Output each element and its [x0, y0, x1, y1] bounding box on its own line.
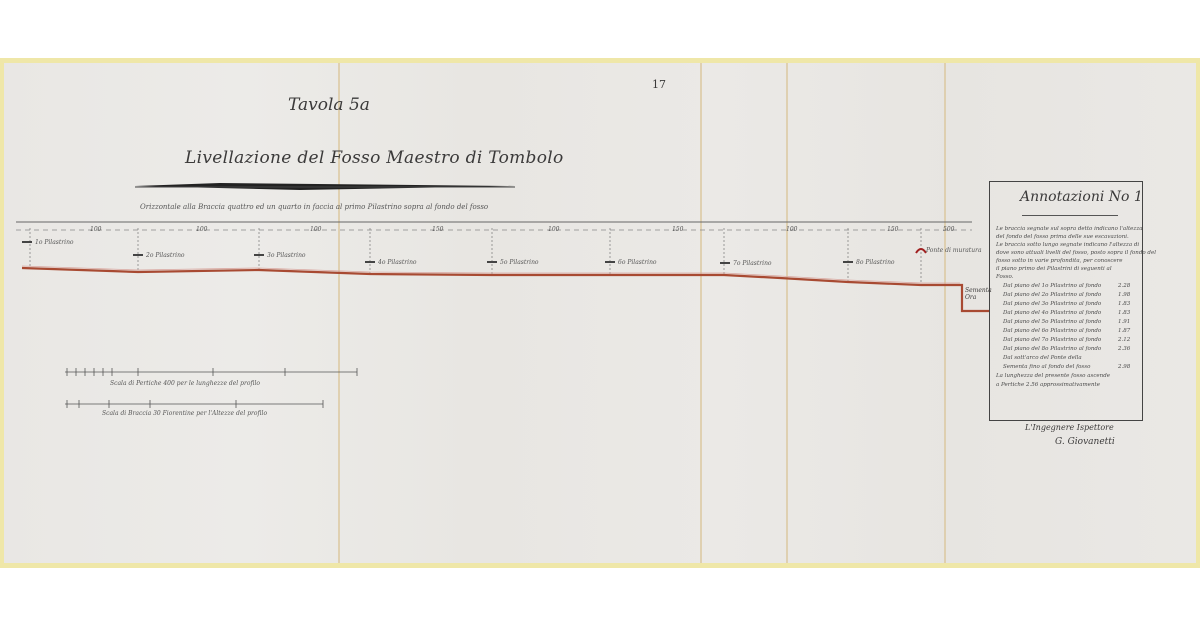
station-label: 2o Pilastrino — [146, 252, 185, 259]
annotation-row-label: Dal piano del 1o Pilastrino al fondo — [1003, 283, 1101, 289]
station-label: 1o Pilastrino — [35, 239, 74, 246]
annotation-row-label: Dal piano del 8o Pilastrino al fondo — [1003, 346, 1101, 352]
annotation-row-label: Sementa fino al fondo del fosso — [1003, 364, 1090, 370]
station-label: 3o Pilastrino — [267, 252, 306, 259]
annotation-text: Le braccia sotto lungo segnate indicano … — [996, 242, 1139, 248]
annotation-row-value: 1.87 — [1118, 328, 1130, 334]
annotation-row-value: 2.98 — [1118, 364, 1130, 370]
station-label: 7o Pilastrino — [733, 260, 772, 267]
annotation-title: Annotazioni No 1 — [1020, 189, 1143, 205]
station-label: 6o Pilastrino — [618, 259, 657, 266]
station-label: 5o Pilastrino — [500, 259, 539, 266]
profile-caption: Orizzontale alla Braccia quattro ed un q… — [140, 203, 488, 211]
distance-mark: 500 — [943, 226, 954, 233]
annotation-row-label: Dal piano del 7o Pilastrino al fondo — [1003, 337, 1101, 343]
annotation-title-rule — [1022, 215, 1118, 216]
annotation-row-value: 1.98 — [1118, 292, 1130, 298]
annotation-footer: a Pertiche 2.56 approssimativamente — [996, 382, 1100, 388]
signature-title: L'Ingegnere Ispettore — [1025, 423, 1114, 432]
annotation-text: dove sono attuali livelli del fosso, pos… — [996, 250, 1156, 256]
annotation-row-label: Dal piano del 4o Pilastrino al fondo — [1003, 310, 1101, 316]
annotation-text: fosso sotto in varie profondita, per con… — [996, 258, 1123, 264]
annotation-footer: La lunghezza del presente fosso ascende — [996, 373, 1110, 379]
annotation-row-label: Dal sott'arco del Ponte della — [1003, 355, 1082, 361]
station-label: Ponte di muratura — [926, 247, 982, 254]
annotation-text: il piano primo dei Pilastrini di seguent… — [996, 266, 1112, 272]
station-label: 8o Pilastrino — [856, 259, 895, 266]
distance-mark: 150 — [432, 226, 443, 233]
annotation-row-value: 1.91 — [1118, 319, 1130, 325]
annotation-text: Fosso. — [996, 274, 1013, 280]
scale-caption-height: Scala di Braccia 30 Fiorentine per l'Alt… — [102, 410, 267, 417]
annotation-row-label: Dal piano del 6o Pilastrino al fondo — [1003, 328, 1101, 334]
distance-mark: 100 — [786, 226, 797, 233]
annotation-text: del fondo del fosso prima delle sue esca… — [996, 234, 1129, 240]
annotation-row-label: Dal piano del 5o Pilastrino al fondo — [1003, 319, 1101, 325]
annotation-row-label: Dal piano del 3o Pilastrino al fondo — [1003, 301, 1101, 307]
annotation-row-label: Dal piano del 2o Pilastrino al fondo — [1003, 292, 1101, 298]
distance-mark: 100 — [90, 226, 101, 233]
annotation-text: Le braccia segnate sul sopra detto indic… — [996, 226, 1143, 232]
station-label: 4o Pilastrino — [378, 259, 417, 266]
annotation-row-value: 1.83 — [1118, 310, 1130, 316]
distance-mark: 100 — [196, 226, 207, 233]
end-label: Sementa Ora — [965, 287, 987, 301]
annotation-row-value: 2.28 — [1118, 283, 1130, 289]
annotation-row-value: 2.12 — [1118, 337, 1130, 343]
signature-name: G. Giovanetti — [1055, 437, 1115, 447]
annotation-row-value: 1.83 — [1118, 301, 1130, 307]
distance-mark: 150 — [887, 226, 898, 233]
distance-mark: 100 — [548, 226, 559, 233]
annotation-row-value: 2.36 — [1118, 346, 1130, 352]
distance-mark: 150 — [672, 226, 683, 233]
distance-mark: 100 — [310, 226, 321, 233]
scale-caption-length: Scala di Pertiche 400 per le lunghezze d… — [110, 380, 260, 387]
